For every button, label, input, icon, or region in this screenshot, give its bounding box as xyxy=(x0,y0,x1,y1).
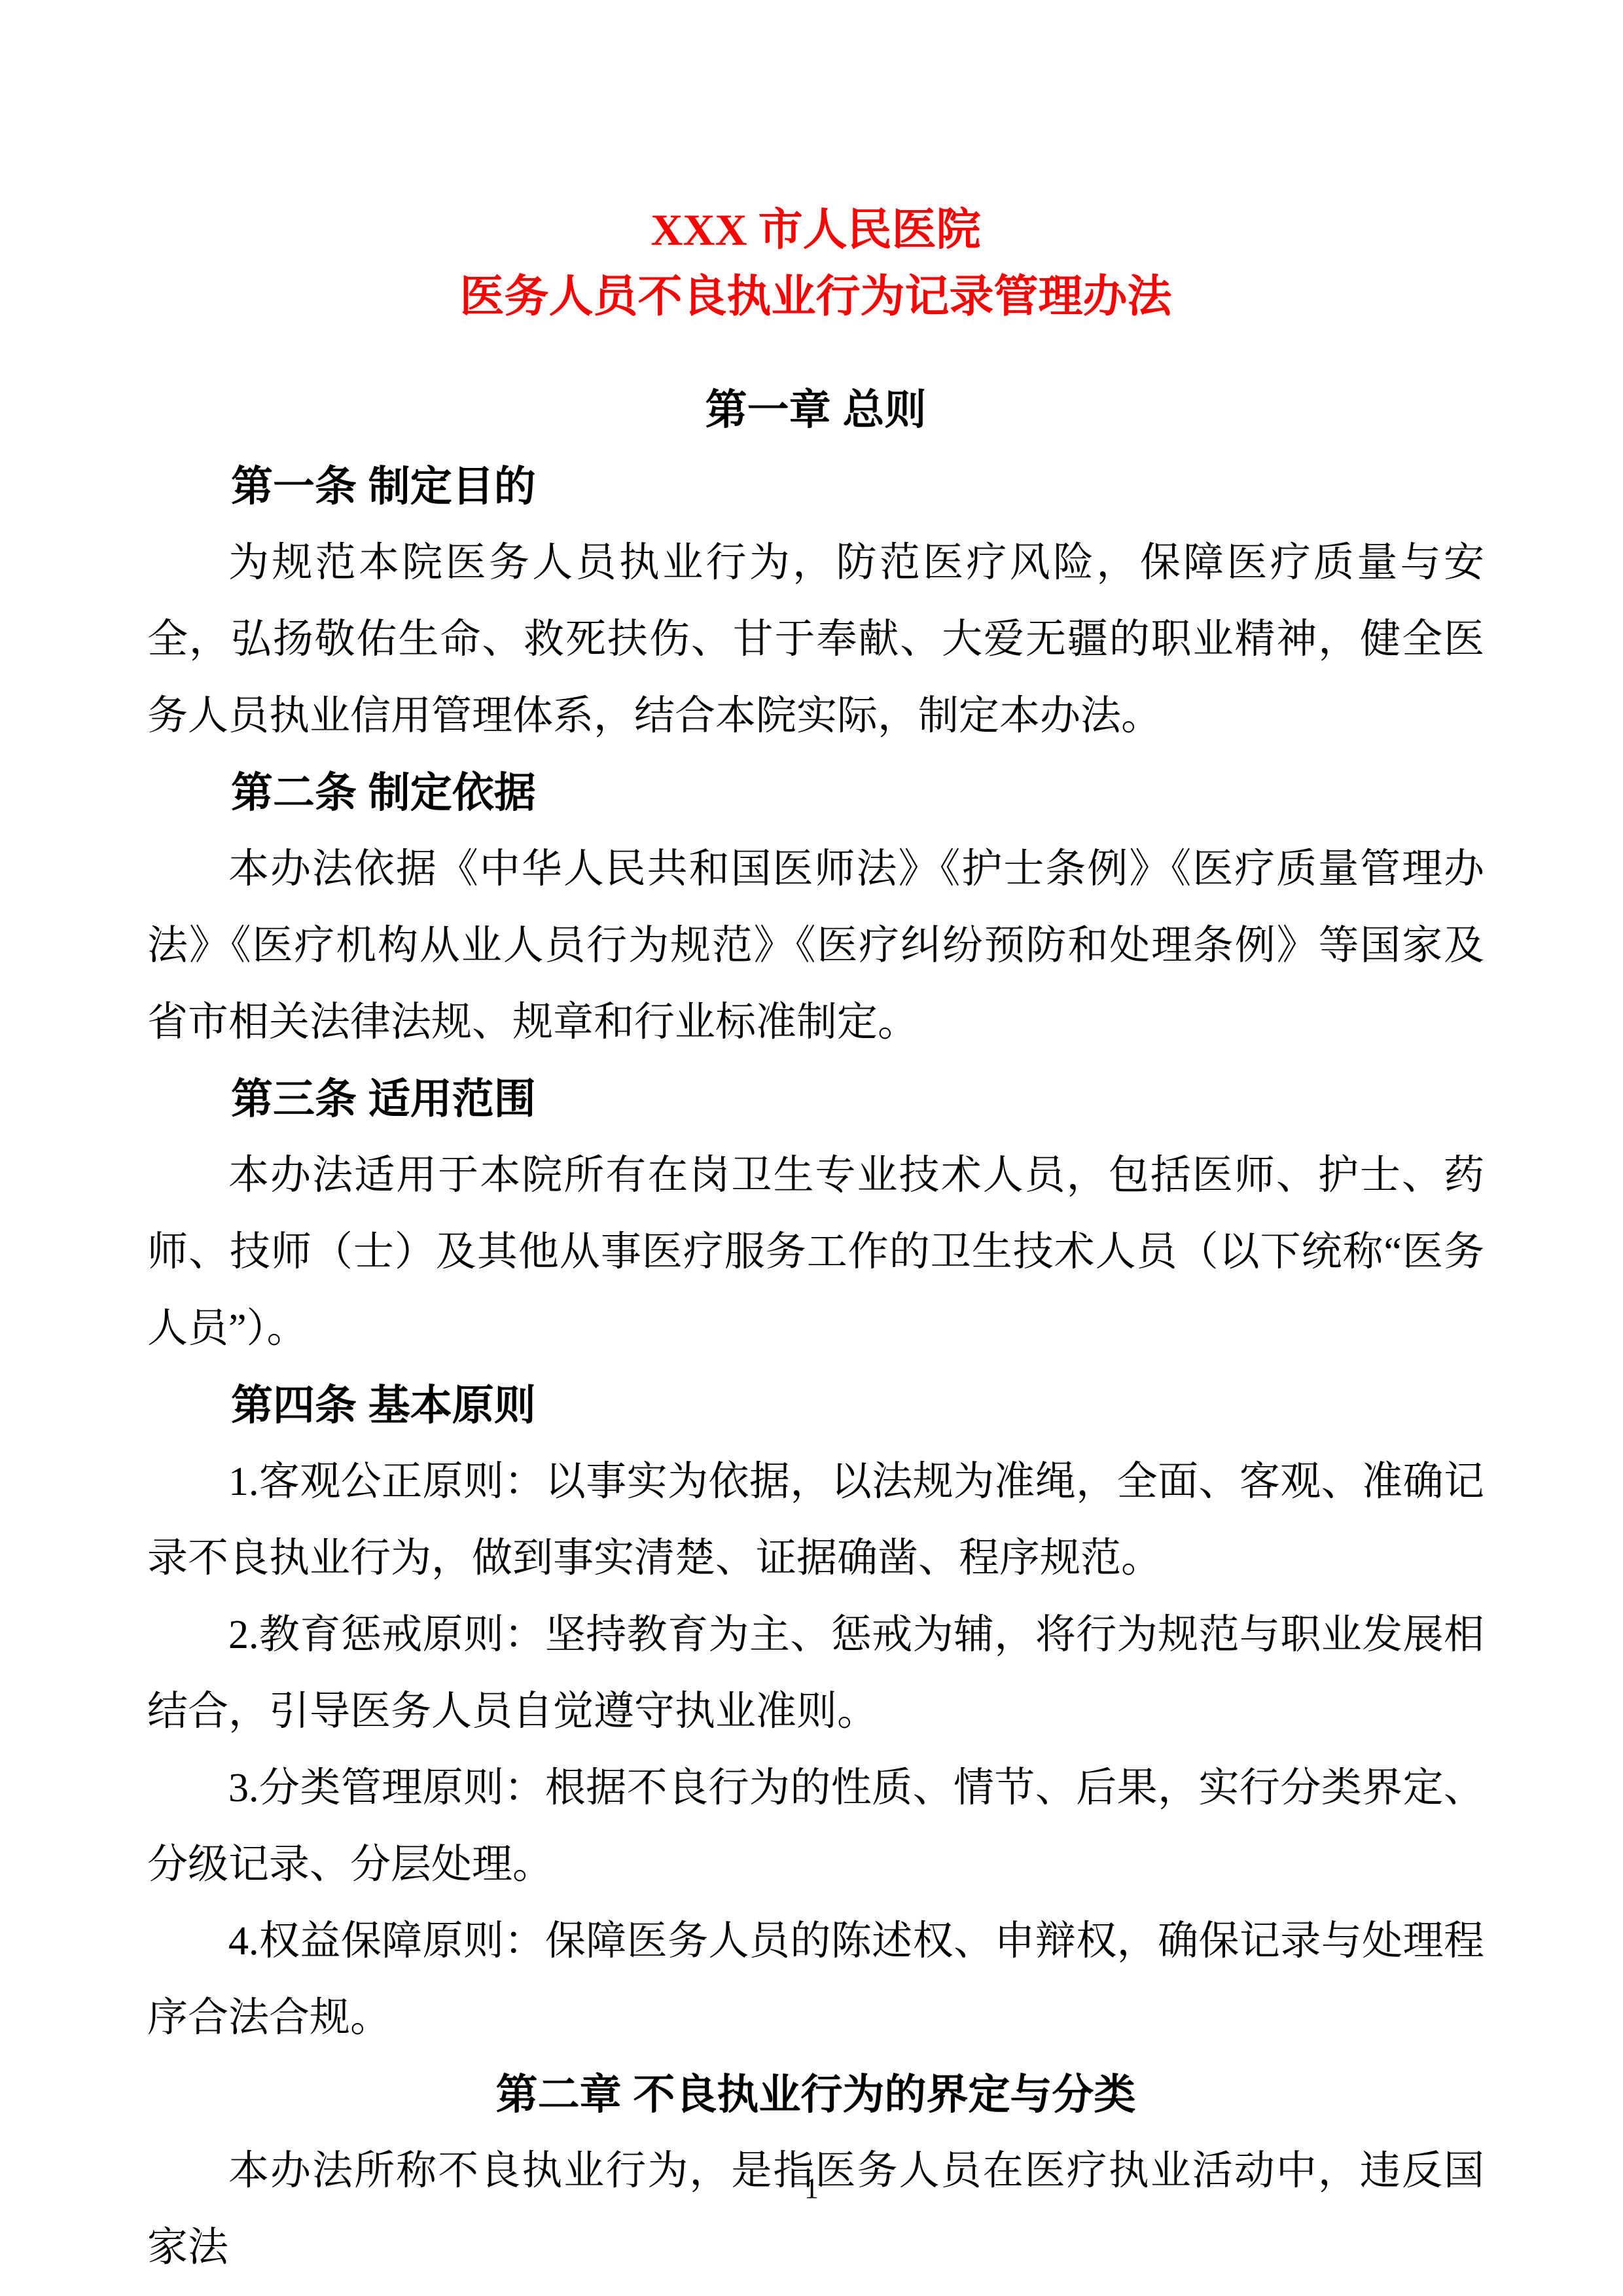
article-4-item-3: 3.分类管理原则：根据不良行为的性质、情节、后果，实行分类界定、分级记录、分层处… xyxy=(147,1750,1484,1903)
article-4-item-4: 4.权益保障原则：保障医务人员的陈述权、申辩权，确保记录与处理程序合法合规。 xyxy=(147,1903,1484,2056)
article-4-heading: 第四条 基本原则 xyxy=(147,1367,1484,1444)
article-1-paragraph: 为规范本院医务人员执业行为，防范医疗风险，保障医疗质量与安全，弘扬敬佑生命、救死… xyxy=(147,525,1484,755)
page-number: 1 xyxy=(0,2173,1623,2204)
document-body: 第一章 总则 第一条 制定目的 为规范本院医务人员执业行为，防范医疗风险，保障医… xyxy=(147,372,1484,2286)
document-title: XXX 市人民医院 医务人员不良执业行为记录管理办法 xyxy=(147,196,1484,330)
article-3-paragraph: 本办法适用于本院所有在岗卫生专业技术人员，包括医师、护士、药师、技师（士）及其他… xyxy=(147,1138,1484,1367)
document-page: XXX 市人民医院 医务人员不良执业行为记录管理办法 第一章 总则 第一条 制定… xyxy=(0,0,1623,2296)
chapter-1-heading: 第一章 总则 xyxy=(147,372,1484,448)
article-4-item-1: 1.客观公正原则：以事实为依据，以法规为准绳，全面、客观、准确记录不良执业行为，… xyxy=(147,1444,1484,1597)
article-2-paragraph: 本办法依据《中华人民共和国医师法》《护士条例》《医疗质量管理办法》《医疗机构从业… xyxy=(147,831,1484,1061)
document-title-line-1: XXX 市人民医院 xyxy=(147,196,1484,263)
chapter-2-opening-paragraph: 本办法所称不良执业行为，是指医务人员在医疗执业活动中，违反国家法 xyxy=(147,2133,1484,2286)
article-2-heading: 第二条 制定依据 xyxy=(147,755,1484,831)
article-3-heading: 第三条 适用范围 xyxy=(147,1061,1484,1138)
article-1-heading: 第一条 制定目的 xyxy=(147,448,1484,525)
chapter-2-heading: 第二章 不良执业行为的界定与分类 xyxy=(147,2056,1484,2133)
document-title-line-2: 医务人员不良执业行为记录管理办法 xyxy=(147,263,1484,330)
article-4-item-2: 2.教育惩戒原则：坚持教育为主、惩戒为辅，将行为规范与职业发展相结合，引导医务人… xyxy=(147,1597,1484,1750)
